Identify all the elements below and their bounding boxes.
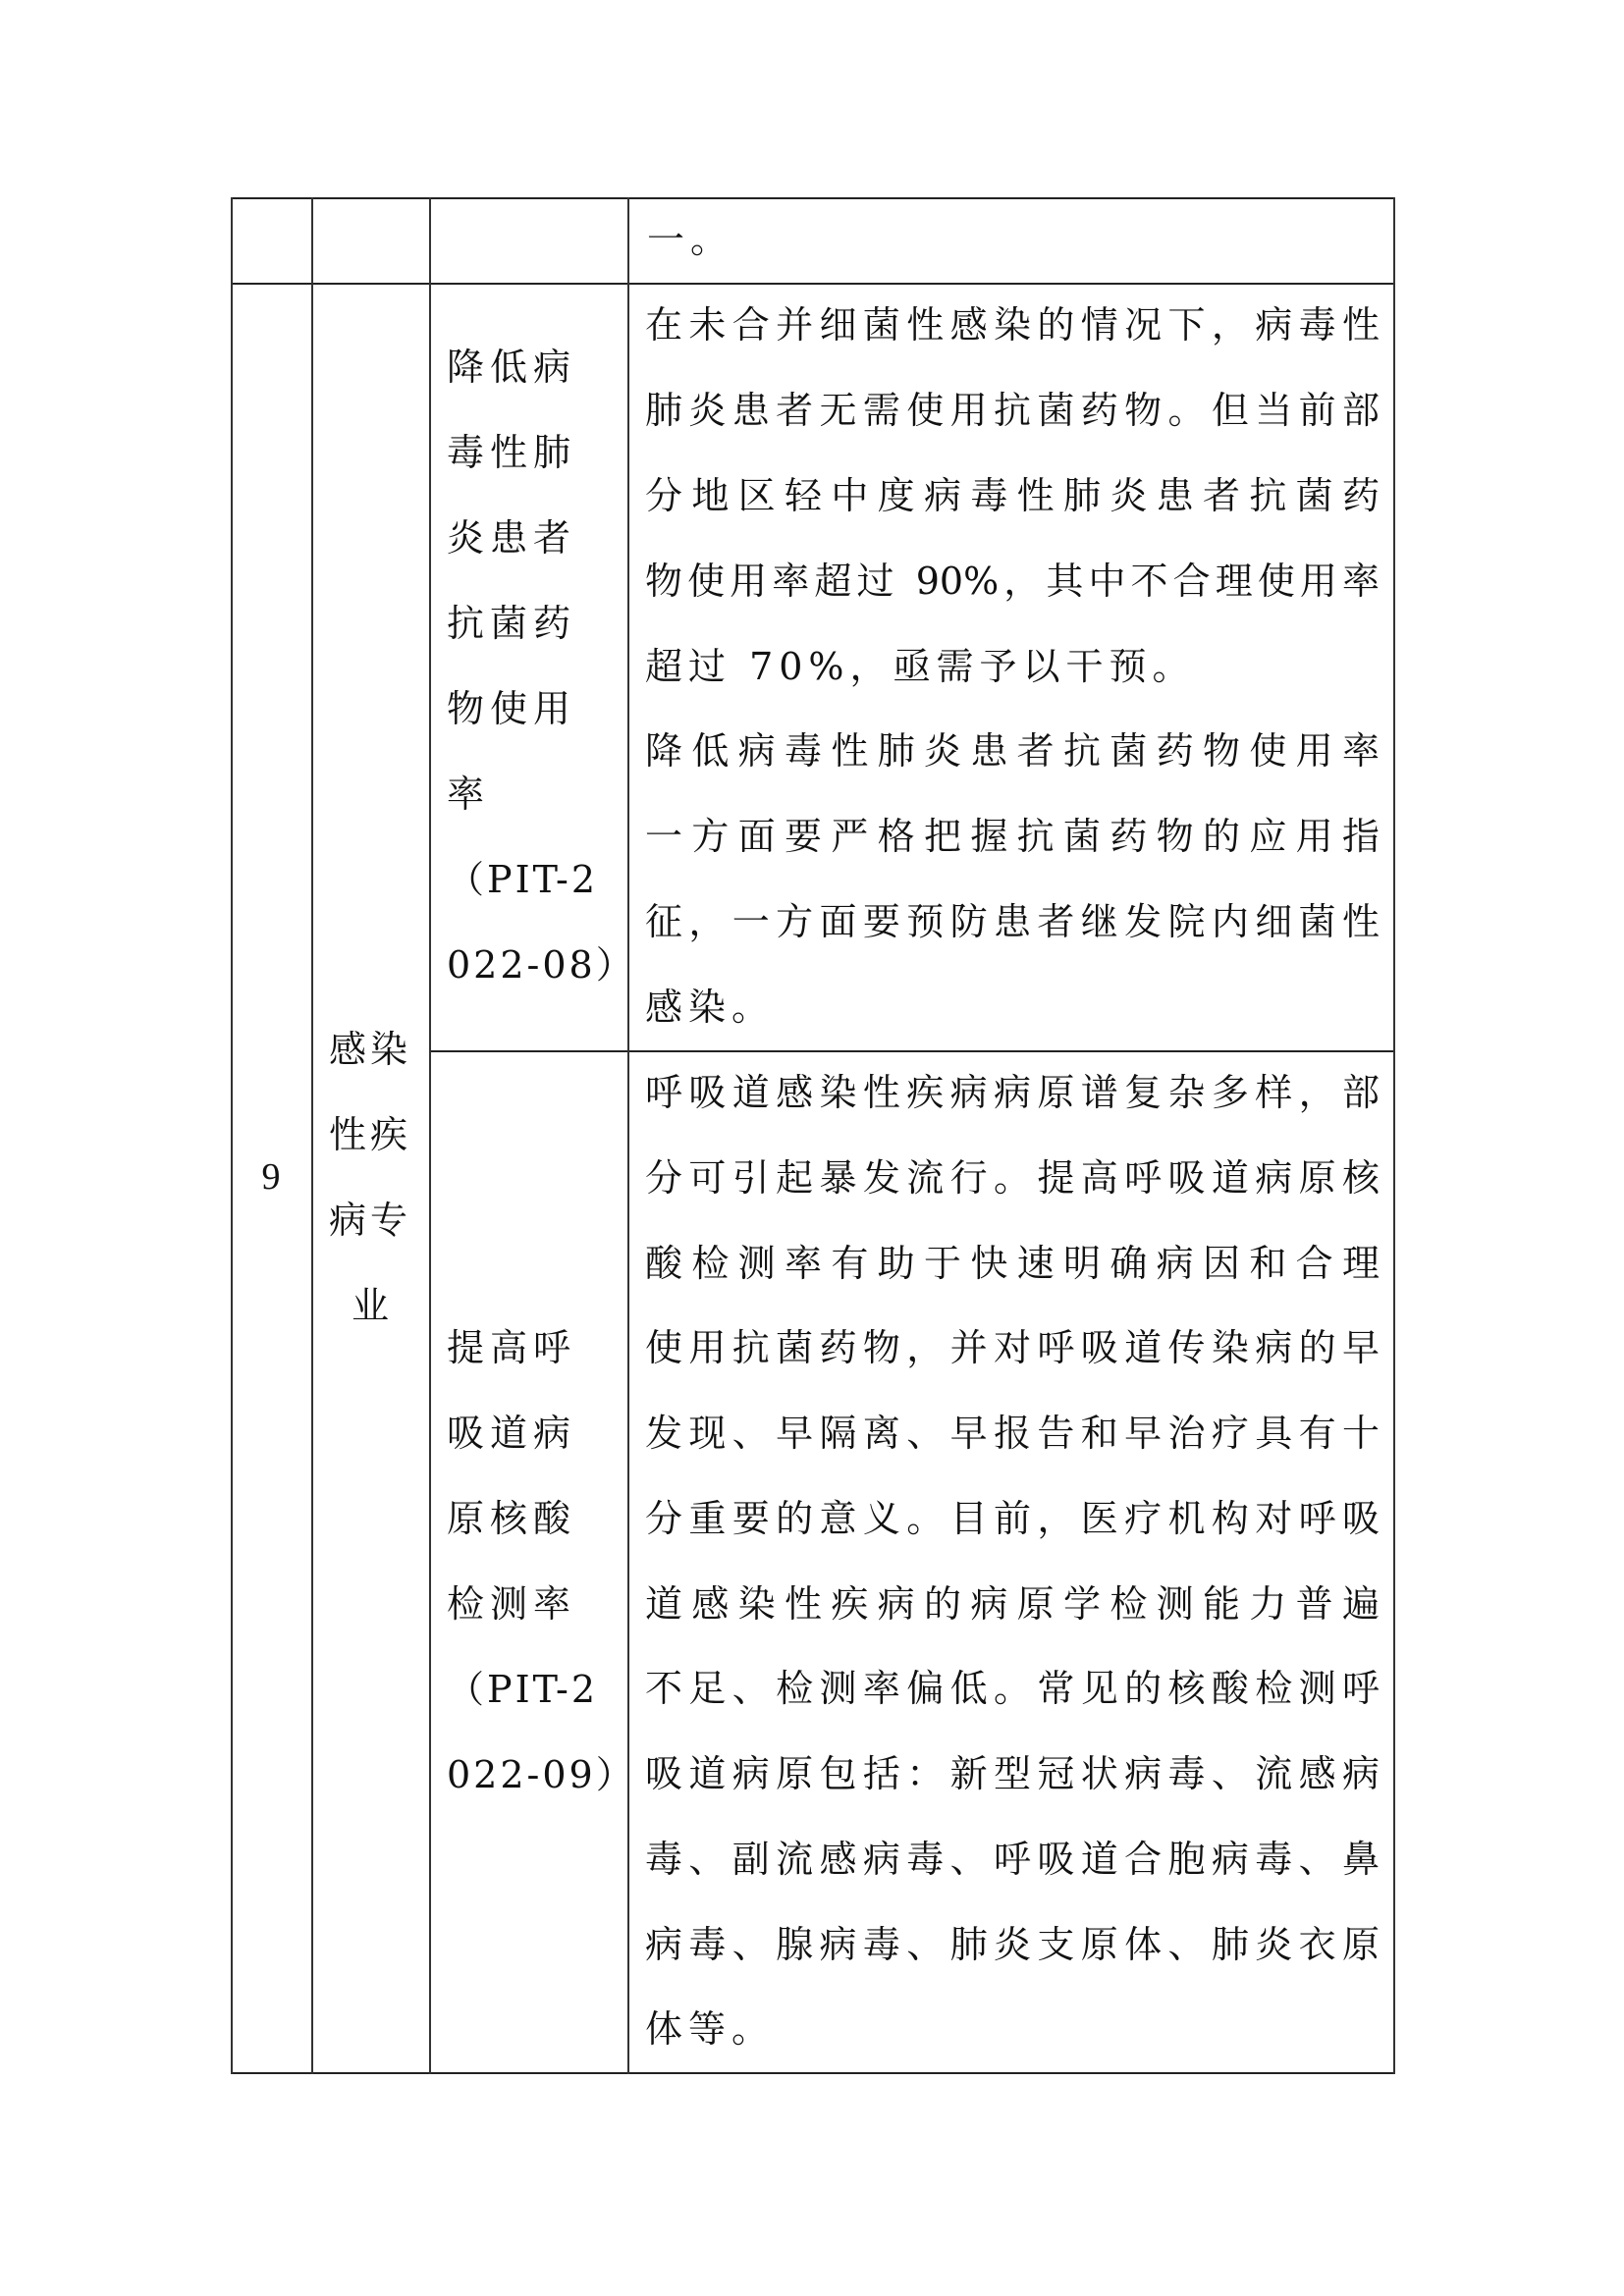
target-code-line: 022-09） <box>447 1733 627 1818</box>
target-line: 毒性肺 <box>447 410 627 496</box>
description-line: 毒、副流感病毒、呼吸道合胞病毒、鼻 <box>645 1817 1380 1902</box>
description-line: 物使用率超过 90%，其中不合理使用率 <box>645 539 1380 624</box>
target-line: 炎患者 <box>447 496 627 581</box>
target-code-line: （PIT-2 <box>447 837 627 923</box>
description-line: 体等。 <box>645 1987 1380 2072</box>
description-line: 分重要的意义。目前，医疗机构对呼吸 <box>645 1476 1380 1562</box>
description-line: 超过 70%，亟需予以干预。 <box>645 624 1380 710</box>
description-line: 感染。 <box>645 965 1380 1050</box>
description-line: 发现、早隔离、早报告和早治疗具有十 <box>645 1391 1380 1476</box>
continued-description-cell: 一。 <box>627 197 1393 283</box>
target-line: 降低病 <box>447 325 627 410</box>
category-line: 性疾 <box>329 1093 411 1178</box>
table-border-bottom <box>231 2072 1393 2074</box>
target-line: 提高呼 <box>447 1306 627 1391</box>
target-line: 原核酸 <box>447 1476 627 1562</box>
row-index: 9 <box>262 1135 281 1220</box>
description-line: 在未合并细菌性感染的情况下，病毒性 <box>645 283 1380 368</box>
description-line: 分可引起暴发流行。提高呼吸道病原核 <box>645 1136 1380 1221</box>
indicator-table: 一。 9 感染 性疾 病专 业 降低病 毒性肺 炎患者 抗菌药 物使用 率 （P… <box>231 197 1393 2072</box>
description-line: 一方面要严格把握抗菌药物的应用指 <box>645 794 1380 880</box>
description-line: 呼吸道感染性疾病病原谱复杂多样，部 <box>645 1050 1380 1136</box>
target-code-line: （PIT-2 <box>447 1647 627 1733</box>
target-line: 抗菌药 <box>447 581 627 667</box>
target-line: 率 <box>447 752 627 837</box>
description-line: 肺炎患者无需使用抗菌药物。但当前部 <box>645 368 1380 454</box>
category-cell: 感染 性疾 病专 业 <box>311 283 429 2072</box>
description-cell-pit-2022-09: 呼吸道感染性疾病病原谱复杂多样，部 分可引起暴发流行。提高呼吸道病原核 酸检测率… <box>627 1050 1393 2072</box>
description-line: 吸道病原包括：新型冠状病毒、流感病 <box>645 1732 1380 1817</box>
table-border-right <box>1393 197 1395 2074</box>
description-line: 降低病毒性肺炎患者抗菌药物使用率 <box>645 709 1380 794</box>
description-line: 一。 <box>647 197 1376 283</box>
description-line: 不足、检测率偏低。常见的核酸检测呼 <box>645 1646 1380 1732</box>
target-cell-pit-2022-08: 降低病 毒性肺 炎患者 抗菌药 物使用 率 （PIT-2 022-08） <box>429 283 627 1050</box>
description-line: 酸检测率有助于快速明确病因和合理 <box>645 1221 1380 1307</box>
description-line: 分地区轻中度病毒性肺炎患者抗菌药 <box>645 454 1380 539</box>
target-line: 检测率 <box>447 1562 627 1647</box>
target-line: 吸道病 <box>447 1391 627 1476</box>
row-index-cell: 9 <box>231 283 311 2072</box>
description-cell-pit-2022-08: 在未合并细菌性感染的情况下，病毒性 肺炎患者无需使用抗菌药物。但当前部 分地区轻… <box>627 283 1393 1050</box>
description-line: 道感染性疾病的病原学检测能力普遍 <box>645 1562 1380 1647</box>
description-line: 使用抗菌药物，并对呼吸道传染病的早 <box>645 1306 1380 1391</box>
document-page: 一。 9 感染 性疾 病专 业 降低病 毒性肺 炎患者 抗菌药 物使用 率 （P… <box>0 0 1624 2296</box>
target-cell-pit-2022-09: 提高呼 吸道病 原核酸 检测率 （PIT-2 022-09） <box>429 1050 627 2072</box>
category-line: 病专 <box>329 1178 411 1263</box>
description-line: 病毒、腺病毒、肺炎支原体、肺炎衣原 <box>645 1902 1380 1988</box>
category-line: 业 <box>352 1263 389 1349</box>
target-line: 物使用 <box>447 667 627 752</box>
category-line: 感染 <box>329 1007 411 1093</box>
target-code-line: 022-08） <box>447 923 627 1008</box>
description-line: 征，一方面要预防患者继发院内细菌性 <box>645 880 1380 965</box>
